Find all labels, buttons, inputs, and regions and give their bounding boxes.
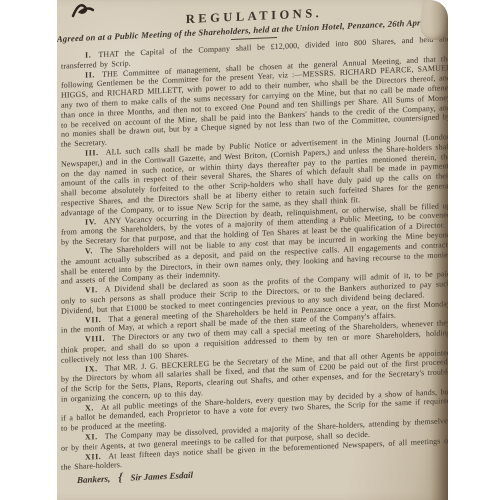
clause-number: VI. <box>85 285 98 295</box>
document-photo: REGULATIONS. Agreed on at a Public Meeti… <box>0 0 500 500</box>
clause-number: XI. <box>85 432 98 442</box>
paper-page: REGULATIONS. Agreed on at a Public Meeti… <box>57 0 448 500</box>
clause-number: I. <box>85 50 91 59</box>
clause-number: XII. <box>85 452 101 462</box>
clause-number: III. <box>85 148 99 158</box>
bankers-name: Sir James Esdail <box>130 470 193 483</box>
document-text: REGULATIONS. Agreed on at a Public Meeti… <box>57 0 448 486</box>
handwritten-mark <box>71 1 97 19</box>
clause-number: IX. <box>85 364 98 374</box>
bankers-label: Bankers, <box>77 474 110 486</box>
clause-number: VII. <box>85 314 101 324</box>
clauses: I.THAT the Capital of the Company shall … <box>57 34 448 474</box>
clause-number: II. <box>85 70 95 79</box>
clause-number: IV. <box>85 217 97 227</box>
clause-number: VIII. <box>85 334 105 344</box>
clause-number: V. <box>85 246 93 255</box>
subtitle-rule <box>231 37 277 40</box>
clause-number: X. <box>85 403 94 412</box>
bankers-brace: { <box>118 473 122 482</box>
page-curl-corner <box>418 0 448 42</box>
